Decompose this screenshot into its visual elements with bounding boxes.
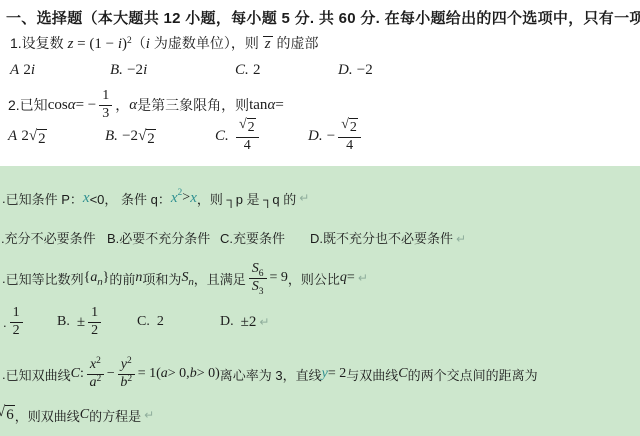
q5-mid: 离心率为 3，直线: [220, 365, 322, 384]
fraction-numerator: x2: [87, 357, 104, 375]
option-4b-label: B.: [57, 314, 77, 330]
fraction-numerator: 1: [88, 305, 101, 323]
sqrt-2: √2: [29, 129, 47, 149]
option-2d-sign: −: [327, 128, 335, 145]
math-alpha: α: [267, 97, 275, 114]
fraction-x2-over-a2: x2a2: [87, 357, 104, 392]
option-1a-value: 2: [23, 62, 31, 78]
fraction-one-third: 13: [99, 88, 112, 123]
sqrt-2: √2: [341, 118, 358, 137]
q4-equals: =: [347, 270, 355, 286]
sqrt-6: √6: [0, 405, 15, 425]
option-2c-label: C.: [215, 128, 229, 145]
math-cos: cos: [48, 97, 68, 114]
option-4d-value: ±2: [241, 314, 257, 331]
q2-mid: 是第三象限角，则: [137, 95, 249, 115]
math-var-C: C: [398, 366, 407, 382]
option-3b-value: B.必要不充分条件: [107, 231, 210, 246]
minus-sign: −: [107, 366, 115, 382]
option-3a-value: 充分不必要条件: [5, 231, 96, 246]
option-4a-clipped-dot: .: [3, 315, 7, 330]
radicand: 6: [5, 405, 15, 425]
option-3b: B.必要不充分条件: [107, 228, 210, 247]
math-alpha: α: [129, 97, 137, 114]
q2-prefix: 2.已知: [8, 95, 48, 115]
exponent-2: 2: [96, 356, 101, 366]
option-1c-label: C.: [235, 62, 249, 78]
subscript-6: 6: [259, 269, 264, 279]
option-3d: D.既不充分也不必要条件↵: [310, 228, 466, 247]
subscript-n: n: [188, 277, 193, 288]
fraction-denominator: 3: [102, 106, 109, 123]
option-1c: C. 2: [235, 61, 260, 79]
fraction-denominator: S3: [252, 279, 264, 296]
fraction-sqrt2-over-4: √24: [236, 117, 259, 154]
q5cont-seg1: ，则双曲线: [15, 406, 80, 425]
q1-exponent: 2: [127, 36, 132, 46]
q3-tail: ，则 ┐p 是 ┐q 的: [197, 189, 296, 208]
section-header: 一、选择题（本大题共 12 小题，每小题 5 分. 共 60 分. 在每小题给出…: [6, 7, 640, 28]
option-4d-label: D.: [220, 314, 241, 330]
math-var-C: C: [80, 407, 89, 423]
option-3c-value: C.充要条件: [220, 231, 285, 246]
math-var-S: S: [181, 270, 188, 286]
plus-minus-sign: ±: [77, 314, 85, 331]
q5-colon: :: [80, 366, 84, 382]
paragraph-return-mark-icon: ↵: [358, 271, 368, 285]
option-2b-label: B.: [105, 128, 118, 144]
option-2c: C. √24: [215, 117, 262, 155]
subscript-3: 3: [259, 287, 264, 297]
fraction-one-half: 12: [88, 305, 101, 340]
fraction-one-half: 12: [10, 305, 23, 340]
math-var-i: i: [143, 62, 147, 78]
question-1: 1.设复数 z = (1 − i)2（i 为虚数单位），则 z 的虚部: [10, 33, 318, 53]
math-var-x: x: [190, 190, 197, 207]
paragraph-return-mark-icon: ↵: [299, 191, 309, 205]
fraction-denominator: 2: [91, 323, 98, 340]
fraction-sqrt2-over-4: √24: [338, 117, 361, 154]
math-var-n: n: [135, 270, 142, 286]
radicand: 2: [37, 129, 47, 149]
q2-comma: ，: [115, 95, 129, 115]
subscript-n: n: [97, 277, 102, 288]
radical-sign: √: [29, 129, 37, 145]
brace-open: {: [84, 270, 91, 286]
math-var-x: x: [83, 190, 90, 207]
question-3: .已知条件 P： x <0， 条件 q： x2 > x，则 ┐p 是 ┐q 的↵: [2, 185, 309, 211]
sqrt-2: √2: [138, 129, 156, 149]
section-header-text: 一、选择题（本大题共 12 小题，每小题 5 分. 共 60 分. 在每小题给出…: [6, 10, 640, 27]
math-var-a: a: [161, 366, 168, 382]
math-var-q: q: [340, 270, 347, 286]
math-var-C: C: [71, 366, 80, 382]
option-4d: D. ±2↵: [220, 301, 269, 343]
option-2d-label: D.: [308, 128, 323, 145]
option-2d: D. −√24: [308, 117, 364, 155]
option-1a: A 2i: [10, 61, 35, 79]
paragraph-return-mark-icon: ↵: [456, 232, 466, 246]
q2-equals: =: [275, 97, 283, 114]
q5-equals-2: = 2: [328, 366, 346, 382]
radical-sign: √: [138, 129, 146, 145]
option-1a-label: A: [10, 62, 19, 78]
radicand: 2: [146, 129, 156, 149]
q3-seg1: <0， 条件 q：: [90, 189, 171, 208]
math-var-S: S: [252, 261, 259, 276]
option-2b-coef: −2: [122, 128, 138, 144]
q5-tail: 的两个交点间的距离为: [408, 365, 538, 384]
q4-seg4: ，则公比: [288, 269, 340, 288]
question-5-continuation: √6，则双曲线 C 的方程是↵: [0, 402, 154, 428]
option-4c: C. 2: [137, 301, 164, 343]
brace-close: }: [103, 270, 110, 286]
question-5: . 已知双曲线 C: x2a2 − y2b2 = 1(a > 0, b > 0)…: [2, 348, 538, 400]
option-3c: C.充要条件: [220, 228, 285, 247]
q5-mid2: 与双曲线: [346, 365, 398, 384]
sqrt-2: √2: [239, 118, 256, 137]
radicand: 2: [349, 118, 358, 137]
exponent-2: 2: [127, 356, 132, 366]
q1-prefix: 1.设复数: [10, 35, 68, 51]
fraction-numerator: √2: [338, 117, 361, 138]
fraction-denominator: 4: [346, 138, 353, 155]
math-z-conjugate: z: [263, 36, 273, 53]
fraction-denominator: 4: [244, 138, 251, 155]
exam-document-page: 一、选择题（本大题共 12 小题，每小题 5 分. 共 60 分. 在每小题给出…: [0, 0, 640, 436]
option-2b: B. −2√2: [105, 127, 156, 149]
q4-seg3: ，且满足: [194, 269, 246, 288]
option-4b: B. ±12: [57, 301, 104, 343]
option-1b-label: B.: [110, 62, 123, 78]
q4-equals-9: = 9: [270, 270, 288, 286]
option-1c-value: 2: [253, 62, 261, 78]
fraction-denominator: a2: [89, 375, 101, 392]
fraction-S6-over-S3: S6S3: [249, 261, 267, 296]
option-1b-value: −2: [127, 62, 143, 78]
option-3a: .充分不必要条件: [1, 228, 96, 247]
option-4a: . 12: [3, 301, 26, 343]
math-var-S: S: [252, 279, 259, 294]
paragraph-return-mark-icon: ↵: [144, 408, 154, 422]
math-alpha: α: [68, 97, 76, 114]
q5-prefix: 已知双曲线: [6, 365, 71, 384]
q1-note: 为虚数单位），则: [150, 35, 263, 51]
paragraph-return-mark-icon: ↵: [259, 315, 269, 329]
option-1b: B. −2i: [110, 61, 147, 79]
option-1d-label: D.: [338, 62, 353, 78]
option-2a: A 2√2: [8, 127, 47, 149]
option-1d: D. −2: [338, 61, 373, 79]
q5-gt0: > 0,: [168, 366, 190, 382]
math-var-i: i: [31, 62, 35, 78]
math-var-a: a: [90, 270, 97, 286]
q4-seg1: 的前: [109, 269, 135, 288]
question-4: . 已知等比数列{an}的前 n 项和为 Sn，且满足 S6S3 = 9，则公比…: [2, 255, 368, 301]
radicand: 2: [247, 118, 256, 137]
q1-equation: = (1 −: [73, 36, 117, 52]
option-2a-label: A: [8, 128, 17, 144]
q2-equals-minus: = −: [76, 97, 97, 114]
fraction-numerator: y2: [118, 357, 135, 375]
fraction-numerator: S6: [249, 261, 267, 279]
fraction-denominator: 2: [13, 323, 20, 340]
option-1d-value: −2: [357, 62, 373, 78]
q4-seg2: 项和为: [142, 269, 181, 288]
option-3d-value: D.既不充分也不必要条件: [310, 231, 453, 246]
fraction-numerator: 1: [10, 305, 23, 323]
fraction-y2-over-b2: y2b2: [118, 357, 135, 392]
math-tan: tan: [249, 97, 267, 114]
option-4c-label: C.: [137, 314, 157, 330]
option-2a-coef: 2: [21, 128, 29, 144]
q3-prefix: 已知条件 P：: [6, 189, 83, 208]
fraction-numerator: 1: [99, 88, 112, 106]
fraction-denominator: b2: [120, 375, 132, 392]
q4-prefix: 已知等比数列: [6, 269, 84, 288]
exponent-2: 2: [127, 374, 132, 384]
q5-gt0-close: > 0): [197, 366, 220, 382]
radical-sign: √: [239, 118, 247, 133]
math-var-x: x: [171, 190, 178, 207]
exponent-2: 2: [96, 374, 101, 384]
q5cont-seg2: 的方程是: [89, 406, 141, 425]
q1-tail: 的虚部: [273, 35, 319, 51]
q5-equals-1: = 1(: [138, 366, 161, 382]
q1-cn-paren: （: [132, 35, 146, 51]
q3-exponent: 2: [178, 188, 183, 198]
option-4c-value: 2: [157, 314, 164, 330]
fraction-numerator: √2: [236, 117, 259, 138]
math-var-b: b: [190, 366, 197, 382]
radical-sign: √: [341, 118, 349, 133]
